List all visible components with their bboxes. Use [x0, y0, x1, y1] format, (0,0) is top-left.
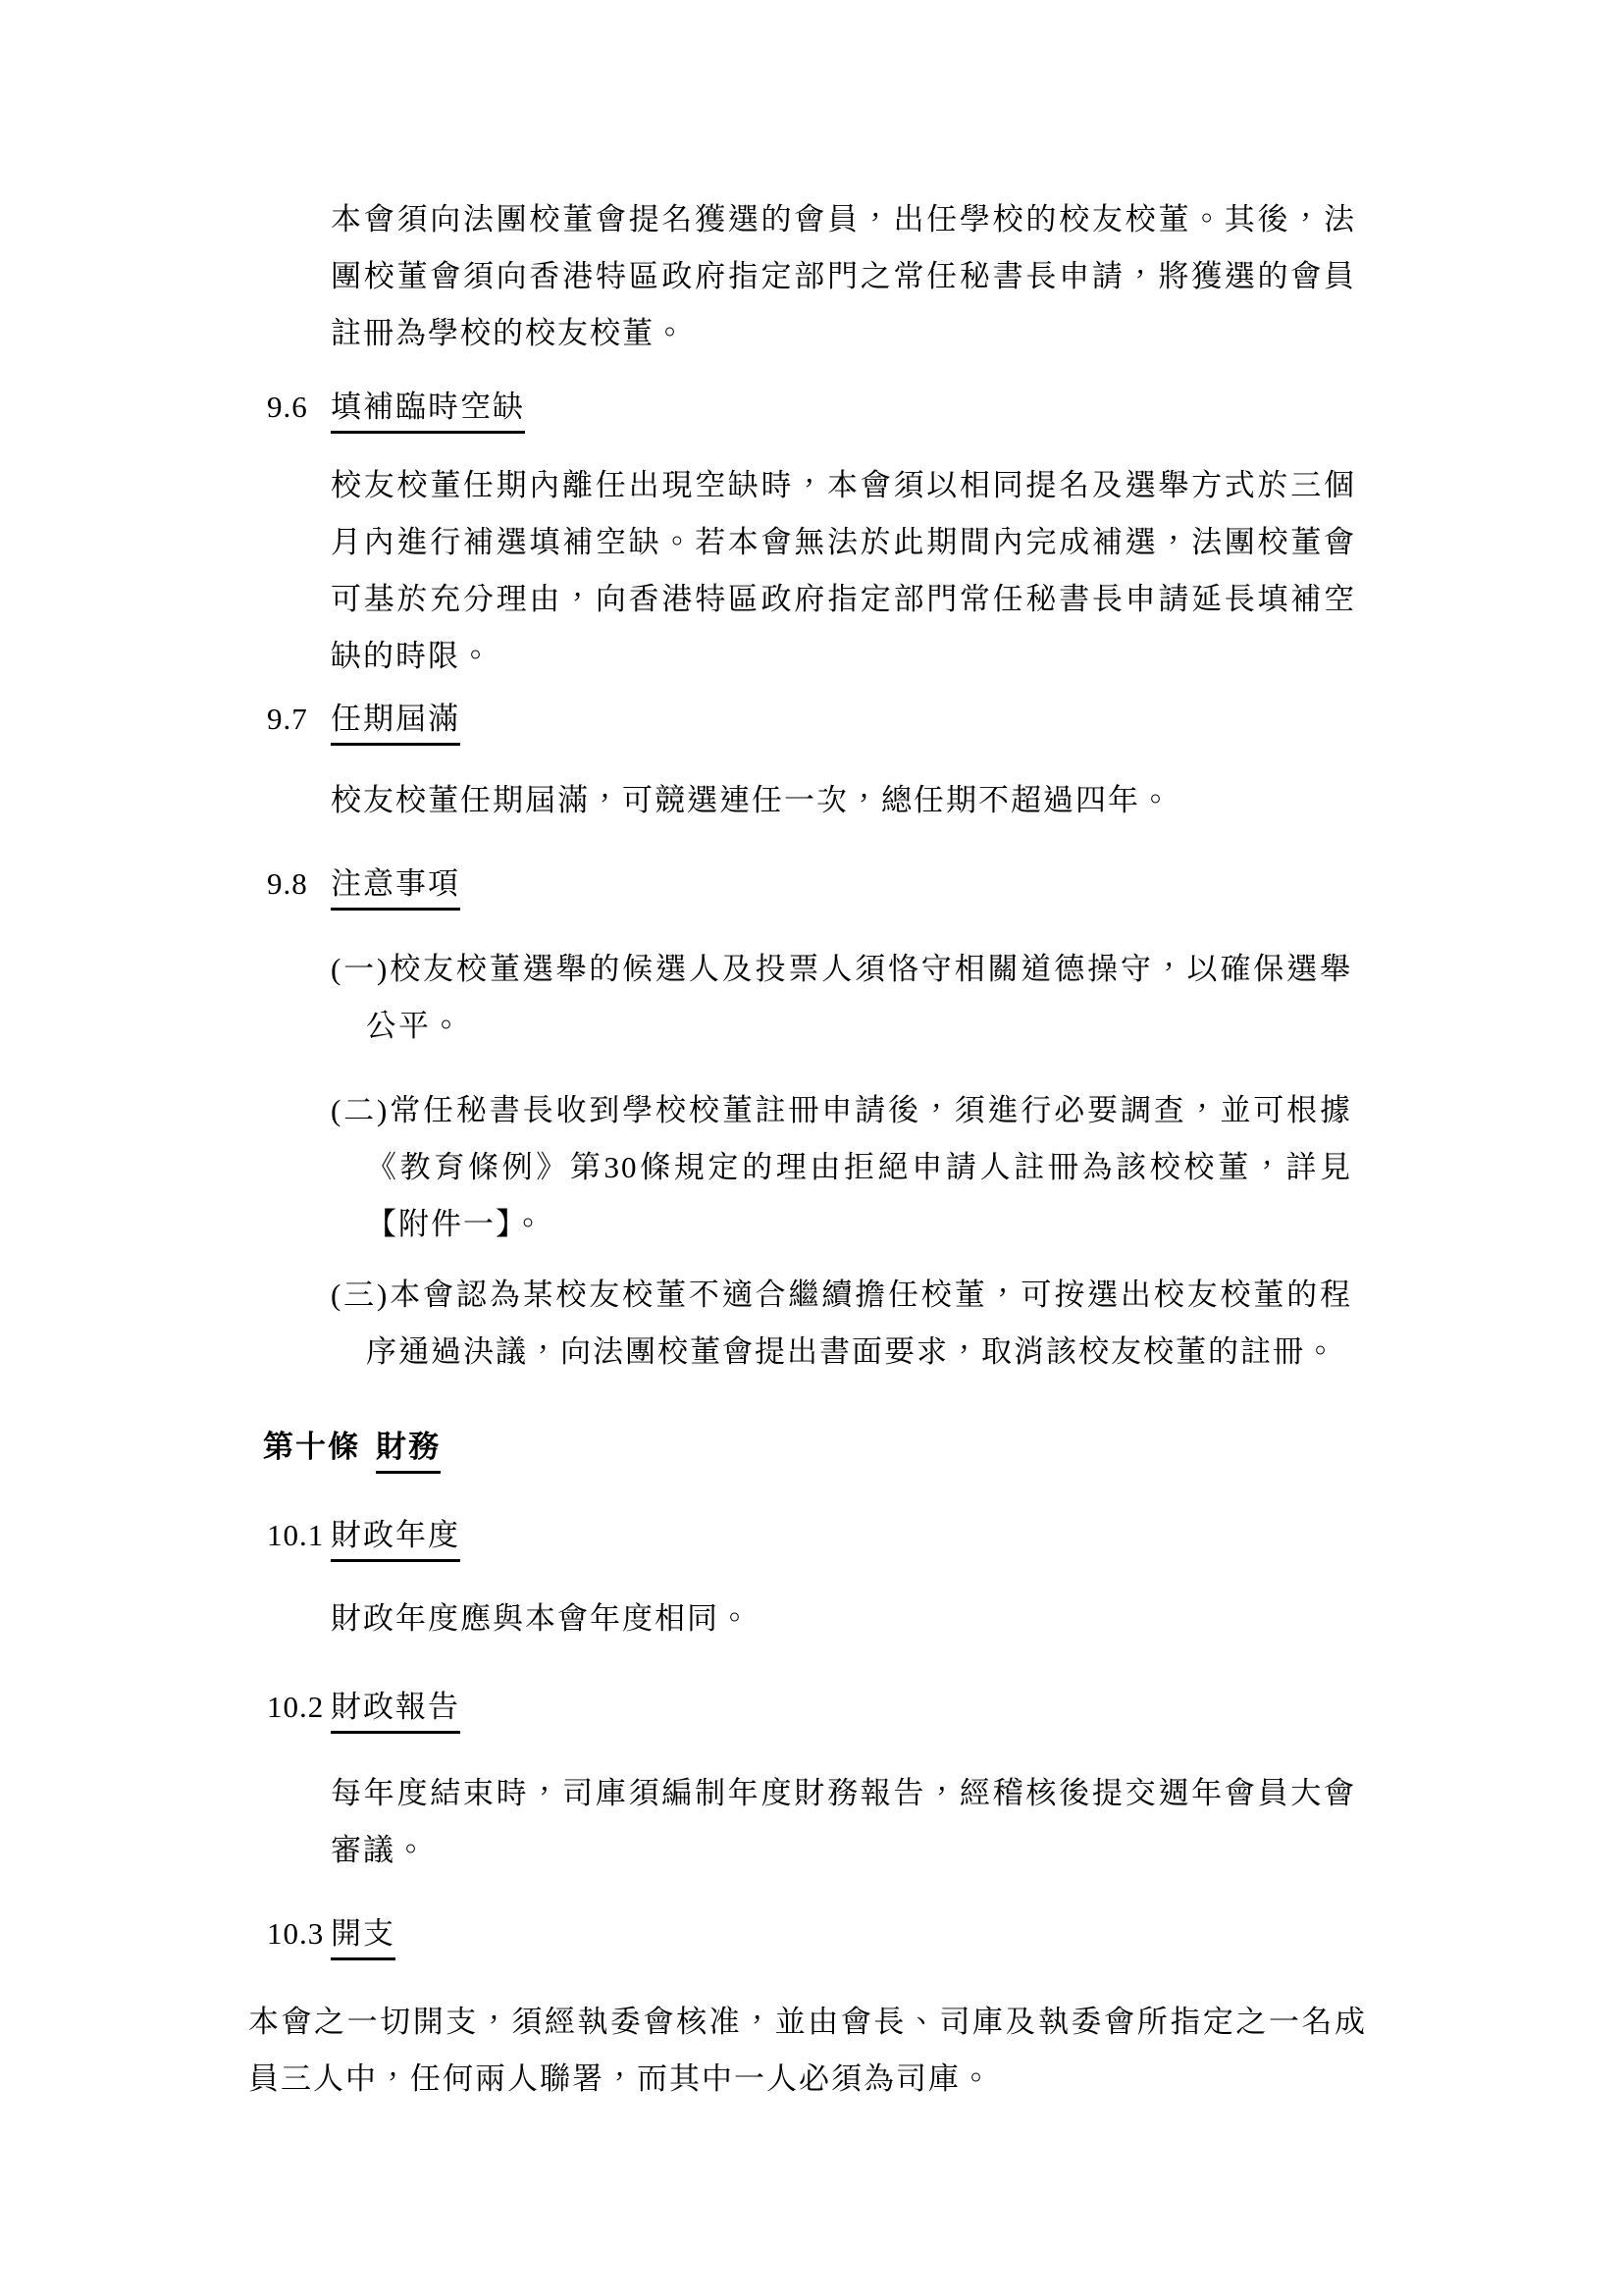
section-number: 9.7	[267, 691, 331, 748]
section-number: 9.8	[267, 856, 331, 913]
note-item-3-text: 本會認為某校友校董不適合繼續擔任校董，可按選出校友校董的程序通過決議，向法團校董…	[366, 1278, 1352, 1369]
intro-paragraph: 本會須向法團校董會提名獲選的會員，出任學校的校友校董。其後，法團校董會須向香港特…	[331, 191, 1356, 362]
section-9-6-body: 校友校董任期內離任出現空缺時，本會須以相同提名及選舉方式於三個月內進行補選填補空…	[331, 457, 1356, 685]
section-10-2-heading: 10.2財政報告	[267, 1679, 1624, 1736]
article-10-heading: 第十條財務	[263, 1419, 1624, 1476]
section-9-7-body: 校友校董任期屆滿，可競選連任一次，總任期不超過四年。	[331, 772, 1356, 829]
section-title: 填補臨時空缺	[331, 390, 525, 424]
article-label: 第十條	[263, 1430, 360, 1464]
note-item-3-marker: (三)	[331, 1278, 389, 1312]
section-number: 10.3	[267, 1905, 331, 1962]
section-number: 9.6	[267, 379, 331, 436]
article-title: 財務	[376, 1430, 441, 1464]
section-10-1: 10.1財政年度 財政年度應與本會年度相同。	[0, 1507, 1624, 1647]
section-title: 注意事項	[331, 866, 460, 901]
note-item-1-marker: (一)	[331, 952, 389, 986]
section-title: 財政報告	[331, 1690, 460, 1724]
section-number: 10.2	[267, 1679, 331, 1736]
document-page: 本會須向法團校董會提名獲選的會員，出任學校的校友校董。其後，法團校董會須向香港特…	[0, 0, 1624, 2295]
section-title: 開支	[331, 1916, 395, 1951]
section-10-1-heading: 10.1財政年度	[267, 1507, 1624, 1564]
note-item-3: (三)本會認為某校友校董不適合繼續擔任校董，可按選出校友校董的程序通過決議，向法…	[366, 1267, 1352, 1381]
section-9-7: 9.7任期屆滿 校友校董任期屆滿，可競選連任一次，總任期不超過四年。	[0, 691, 1624, 829]
section-10-2: 10.2財政報告 每年度結束時，司庫須編制年度財務報告，經稽核後提交週年會員大會…	[0, 1679, 1624, 1879]
section-10-3-heading: 10.3開支	[267, 1905, 1624, 1962]
section-9-8: 9.8注意事項 (一)校友校董選舉的候選人及投票人須恪守相關道德操守，以確保選舉…	[0, 856, 1624, 1381]
note-item-2-text: 常任秘書長收到學校校董註冊申請後，須進行必要調查，並可根據《教育條例》第30條規…	[366, 1093, 1352, 1241]
section-9-6: 9.6填補臨時空缺 校友校董任期內離任出現空缺時，本會須以相同提名及選舉方式於三…	[0, 379, 1624, 685]
note-item-1: (一)校友校董選舉的候選人及投票人須恪守相關道德操守，以確保選舉公平。	[366, 941, 1352, 1055]
section-9-6-heading: 9.6填補臨時空缺	[267, 379, 1624, 436]
section-9-8-heading: 9.8注意事項	[267, 856, 1624, 913]
section-10-3: 10.3開支	[0, 1905, 1624, 1962]
note-item-2-marker: (二)	[331, 1093, 389, 1127]
section-title: 任期屆滿	[331, 702, 460, 736]
section-10-2-body: 每年度結束時，司庫須編制年度財務報告，經稽核後提交週年會員大會審議。	[331, 1765, 1356, 1879]
note-item-2: (二)常任秘書長收到學校校董註冊申請後，須進行必要調查，並可根據《教育條例》第3…	[366, 1082, 1352, 1253]
section-title: 財政年度	[331, 1518, 460, 1552]
section-number: 10.1	[267, 1507, 331, 1564]
closing-paragraph: 本會之一切開支，須經執委會核准，並由會長、司庫及執委會所指定之一名成員三人中，任…	[248, 1994, 1367, 2108]
section-9-7-heading: 9.7任期屆滿	[267, 691, 1624, 748]
section-10-1-body: 財政年度應與本會年度相同。	[331, 1591, 1356, 1647]
note-item-1-text: 校友校董選舉的候選人及投票人須恪守相關道德操守，以確保選舉公平。	[366, 952, 1352, 1043]
